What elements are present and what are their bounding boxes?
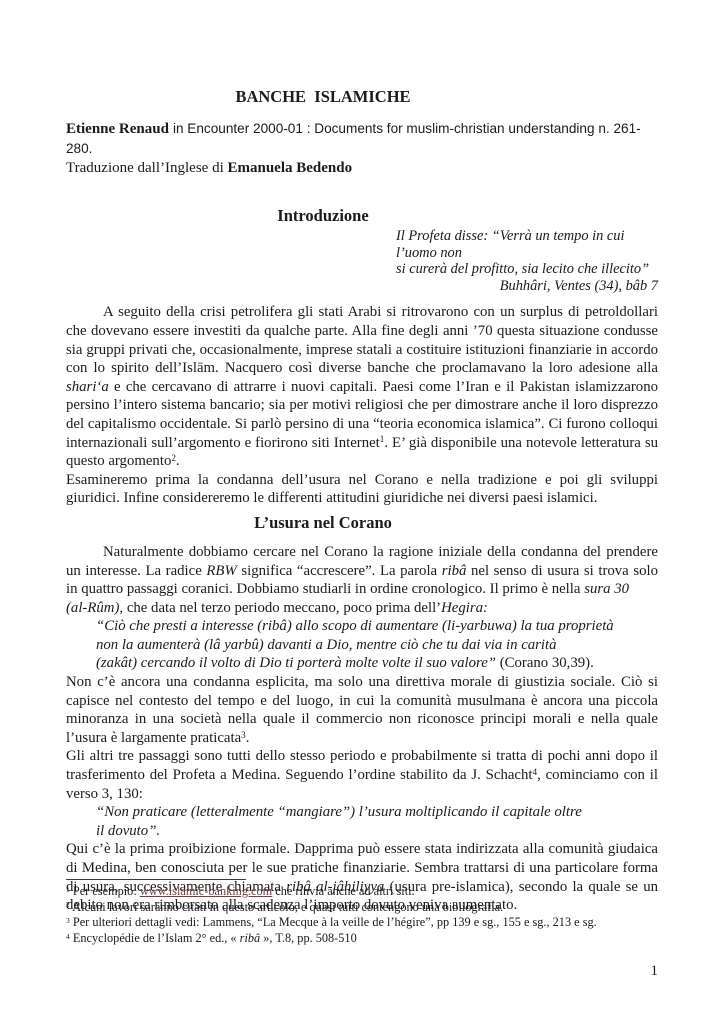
footnote-reference: 3 xyxy=(241,730,246,740)
footnote-reference: 1 xyxy=(66,885,70,894)
footnote-reference: 1 xyxy=(380,434,385,444)
text-run: (al-Rûm), xyxy=(66,600,123,616)
footnote-2: 2 Alcuni lavori saranno citati in questo… xyxy=(66,900,666,916)
byline-author-line: Etienne Renaudin Encounter 2000-01 : Doc… xyxy=(66,119,658,159)
text-run: che data nel terzo periodo meccano, poco… xyxy=(123,600,441,616)
text-run: Etienne Renaud xyxy=(66,121,169,137)
text-run: il dovuto”. xyxy=(96,823,160,839)
text-run: ribâ xyxy=(442,563,467,579)
text-run: (Corano 30,39). xyxy=(496,655,594,671)
text-run: Traduzione dall’Inglese di xyxy=(66,160,228,176)
text-run: non la aumenterà (lâ yarbû) davanti a Di… xyxy=(96,637,557,653)
epigraph-line: si curerà del profitto, sia lecito che i… xyxy=(396,261,658,278)
text-run: Hegira: xyxy=(441,600,488,616)
paragraph: Naturalmente dobbiamo cercare nel Corano… xyxy=(66,543,658,617)
quran-quote: “Ciò che presti a interesse (ribâ) allo … xyxy=(96,617,658,673)
paragraph: Non c’è ancora una condanna esplicita, m… xyxy=(66,673,658,747)
footnote-1: 1 Per esempio: www.islamic-banking.com c… xyxy=(66,884,666,900)
text-run: A seguito della crisi petrolifera gli st… xyxy=(66,304,658,376)
quran-quote: “Non praticare (letteralmente “mangiare”… xyxy=(96,803,658,840)
footnote-reference: 4 xyxy=(66,932,70,941)
footnote-reference: 3 xyxy=(66,916,70,925)
byline-translation-line: Traduzione dall’Inglese di Emanuela Bede… xyxy=(66,159,658,178)
footnote-reference: 2 xyxy=(171,453,176,463)
footnote-4: 4 Encyclopédie de l’Islam 2° ed., « ribâ… xyxy=(66,931,666,947)
page-number: 1 xyxy=(651,962,659,981)
text-run: significa “accrescere”. La parola xyxy=(237,563,442,579)
text-run: sura 30 xyxy=(584,581,629,597)
epigraph-line: Il Profeta disse: “Verrà un tempo in cui… xyxy=(396,228,658,261)
section-heading-introduzione: Introduzione xyxy=(66,205,580,227)
paragraph: Esamineremo prima la condanna dell’usura… xyxy=(66,471,658,508)
text-run: Emanuela Bedendo xyxy=(228,160,353,176)
document-title: BANCHE ISLAMICHE xyxy=(66,86,580,108)
hyperlink[interactable]: www.islamic-banking.com xyxy=(140,884,272,898)
footnote-area: 1 Per esempio: www.islamic-banking.com c… xyxy=(66,879,666,947)
paragraph: Gli altri tre passaggi sono tutti dello … xyxy=(66,747,658,803)
text-run: . xyxy=(176,453,180,469)
footnote-3: 3 Per ulteriori dettagli vedi: Lammens, … xyxy=(66,915,666,931)
footnote-reference: 4 xyxy=(533,767,538,777)
document-page: BANCHE ISLAMICHE Etienne Renaudin Encoun… xyxy=(0,0,724,1024)
byline: Etienne Renaudin Encounter 2000-01 : Doc… xyxy=(66,119,658,178)
text-run: Per ulteriori dettagli vedi: Lammens, “L… xyxy=(70,915,597,929)
text-run: », T.8, pp. 508-510 xyxy=(260,931,357,945)
section-heading-usura-nel-corano: L’usura nel Corano xyxy=(66,512,580,534)
text-run: Esamineremo prima la condanna dell’usura… xyxy=(66,472,658,507)
footnote-reference: 2 xyxy=(66,900,70,909)
text-run: che rinvia anche ad altri siti. xyxy=(272,884,414,898)
text-run: . xyxy=(246,730,250,746)
text-run: RBW xyxy=(206,563,236,579)
text-run: Encyclopédie de l’Islam 2° ed., « xyxy=(70,931,240,945)
text-run: “Non praticare (letteralmente “mangiare”… xyxy=(96,804,582,820)
paragraph: A seguito della crisi petrolifera gli st… xyxy=(66,303,658,470)
text-run: Alcuni lavori saranno citati in questo a… xyxy=(70,900,503,914)
epigraph-attribution: Buhhâri, Ventes (34), bâb 7 xyxy=(396,278,658,295)
text-run: ribâ xyxy=(240,931,261,945)
document-content: BANCHE ISLAMICHE Etienne Renaudin Encoun… xyxy=(66,0,658,915)
text-run: “Ciò che presti a interesse (ribâ) allo … xyxy=(96,618,614,634)
footnote-separator xyxy=(66,879,246,880)
epigraph: Il Profeta disse: “Verrà un tempo in cui… xyxy=(396,228,658,294)
text-run: Per esempio: xyxy=(70,884,140,898)
text-run: shari‘a xyxy=(66,379,109,395)
text-run: (zakât) cercando il volto di Dio ti port… xyxy=(96,655,496,671)
text-run: Non c’è ancora una condanna esplicita, m… xyxy=(66,674,658,746)
